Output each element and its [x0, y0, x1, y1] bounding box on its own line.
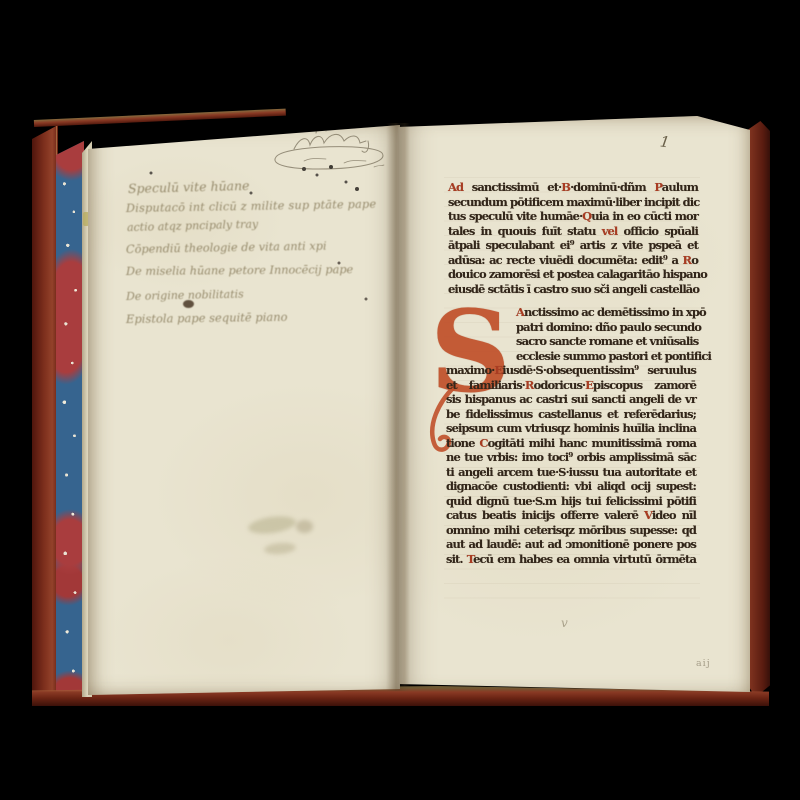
text-line: De origine nobilitatis — [126, 281, 388, 306]
book: Speculū vite hūaneDisputacō int clicū z … — [30, 105, 770, 706]
owner-signature — [256, 119, 406, 174]
handwriting-contents-list: Speculū vite hūaneDisputacō int clicū z … — [126, 179, 388, 329]
stain — [247, 514, 297, 537]
stain — [264, 542, 297, 556]
text-line: tus speculū vite humāe·Quia in eo cūcti … — [448, 209, 698, 224]
left-board-edge — [32, 109, 58, 697]
right-page: 1 Ad sanctissimū et·B·dominū·dñm Paulums… — [398, 113, 750, 699]
quire-signature: aij — [696, 658, 711, 669]
text-line: secundum pōtificem maximū·liber incipit … — [448, 195, 698, 210]
top-board-edge — [34, 109, 286, 127]
collation-mark: v — [561, 616, 568, 630]
text-line: seipsum cum vtriusqz hominis huīlia incl… — [446, 421, 696, 436]
text-line: adūsa: ac recte viuēdi documēta: edit⁹ a… — [448, 253, 698, 268]
text-line: omnino mihi ceterisqz mōribus supesse: q… — [446, 523, 696, 538]
text-line: maximo·Eiusdē·S·obsequentissim⁹ seruulus — [446, 363, 696, 378]
text-line: tione Cogitāti mihi hanc munitissimā rom… — [446, 436, 696, 451]
text-line: douico zamorēsi et postea calagaritāo hi… — [448, 267, 698, 282]
text-line: tales in quouis fuīt statu vel officio s… — [448, 224, 698, 239]
photo-background: Speculū vite hūaneDisputacō int clicū z … — [0, 0, 800, 800]
incipit-paragraph: Ad sanctissimū et·B·dominū·dñm Paulumsec… — [448, 180, 698, 296]
text-line: sacro sancte romane et vniūsalis — [516, 334, 696, 349]
text-line: patri domino: dño paulo secundo — [516, 320, 696, 335]
text-line: sis hispanus ac castri sui sancti angeli… — [446, 392, 696, 407]
text-line: dignacōe custodienti: vbi aliqd ocij sup… — [446, 479, 696, 494]
text-line: Anctissimo ac demētissimo in xpō — [516, 305, 696, 320]
text-line: ecclesie summo pastori et pontifici — [516, 349, 696, 364]
marbled-endpaper — [56, 139, 84, 699]
text-line: sit. Tecū em habes ea omnia virtutū ōrmē… — [446, 552, 696, 567]
text-line: quid dignū tue·S.m hijs tui felicissimi … — [446, 494, 696, 509]
text-line: ne tue vrbis: imo toci⁹ orbis amplissimā… — [446, 450, 696, 465]
text-line: be fidelissimus castellanus et referēdar… — [446, 407, 696, 422]
text-line: Epistola pape sequitē piano — [126, 306, 388, 329]
ink-blot — [183, 300, 194, 308]
left-page: Speculū vite hūaneDisputacō int clicū z … — [88, 117, 400, 699]
dedication-paragraph: S Anctissimo ac demētissimo in xpōpatri … — [446, 305, 698, 566]
text-line: catus beatis inicijs offerre valerē Vide… — [446, 508, 696, 523]
text-line: ti angeli arcem tue·S·iussu tua autorita… — [446, 465, 696, 480]
stain — [296, 520, 313, 533]
folio-number: 1 — [659, 132, 671, 151]
text-line: Cōpendiū theologie de vita anti xpi — [126, 235, 388, 259]
dedication-lines: Anctissimo ac demētissimo in xpōpatri do… — [446, 305, 696, 566]
text-line: et familiaris·Rodoricus·Episcopus zamorē — [446, 378, 696, 393]
text-line: De miselia hūane petore Innocēcij pape — [126, 260, 388, 282]
text-line: aut ad laudē: aut ad ɔmonitionē ponere p… — [446, 537, 696, 552]
text-line: Ad sanctissimū et·B·dominū·dñm Paulum — [448, 180, 698, 195]
text-line: ātpali speculabant ei⁹ artis z vite pspe… — [448, 238, 698, 253]
